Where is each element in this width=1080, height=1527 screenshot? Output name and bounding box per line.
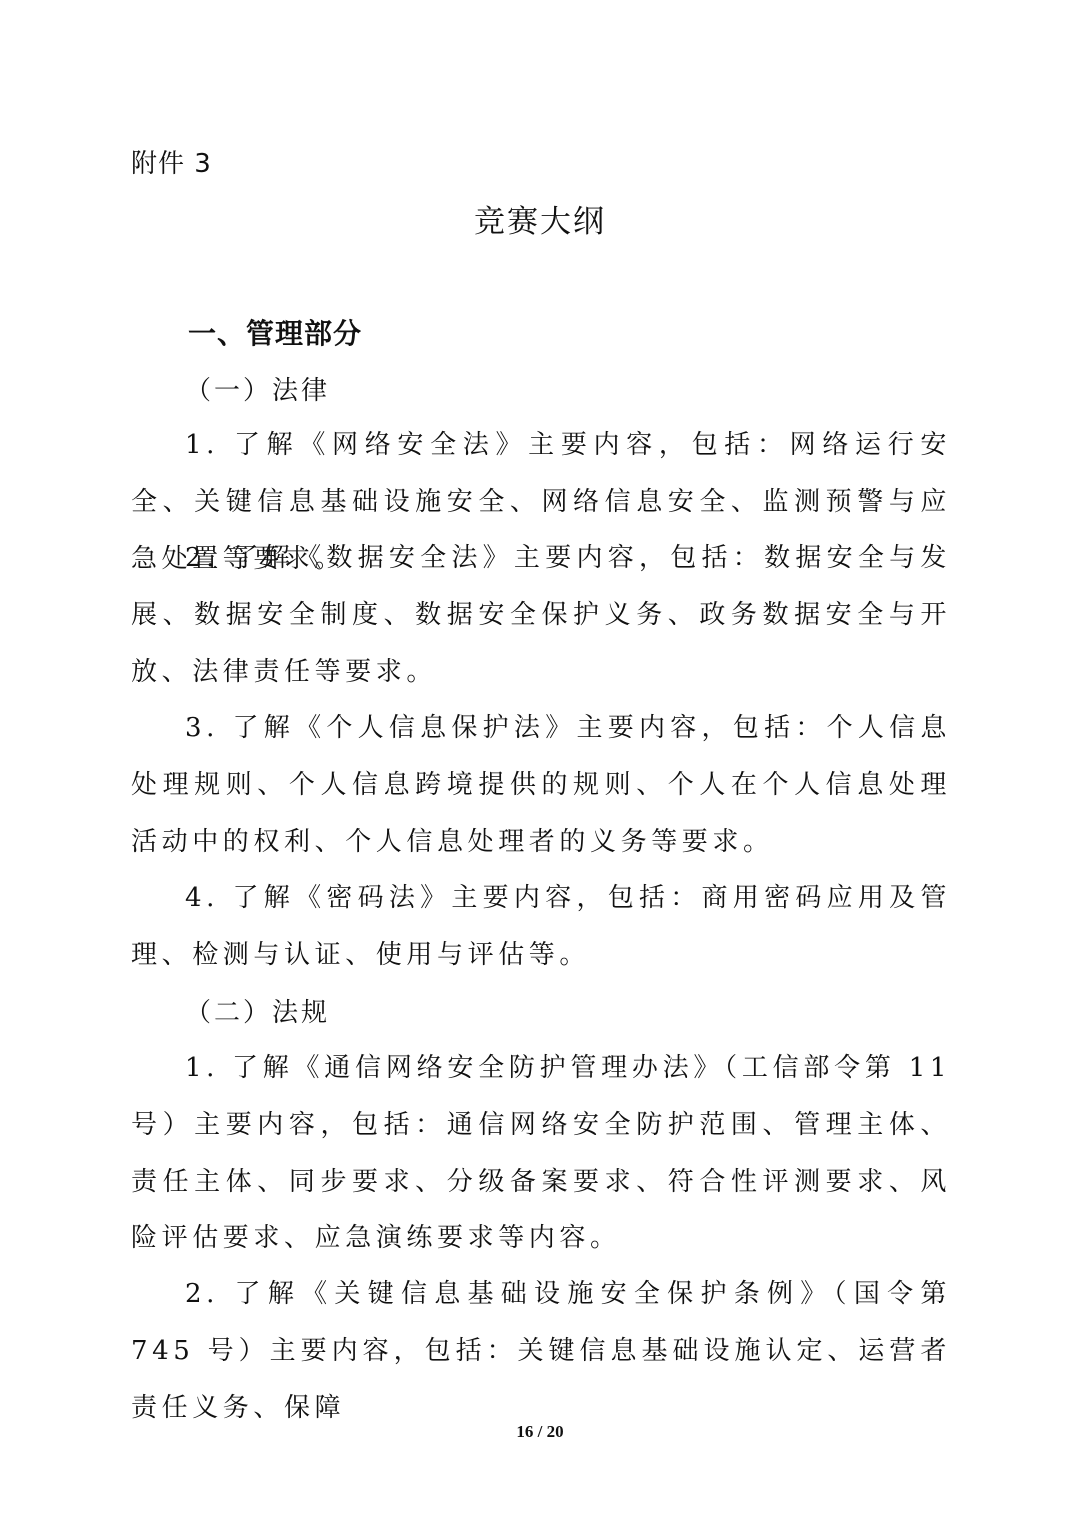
document-page: 附件 3 竞赛大纲 一、管理部分 （一）法律 1. 了解《网络安全法》主要内容，… — [0, 0, 1080, 1527]
page-number: 16 / 20 — [0, 1422, 1080, 1442]
regulation-item-2: 2. 了解《关键信息基础设施安全保护条例》（国令第 745 号）主要内容，包括：… — [131, 1266, 951, 1436]
subsection-heading-regulation: （二）法规 — [185, 992, 330, 1029]
regulation-item-1: 1. 了解《通信网络安全防护管理办法》（工信部令第 11 号）主要内容，包括：通… — [131, 1040, 951, 1267]
law-item-4: 4. 了解《密码法》主要内容，包括：商用密码应用及管理、检测与认证、使用与评估等… — [131, 870, 951, 984]
law-item-3: 3. 了解《个人信息保护法》主要内容，包括：个人信息处理规则、个人信息跨境提供的… — [131, 700, 951, 870]
subsection-heading-law: （一）法律 — [185, 370, 330, 407]
section-heading-management: 一、管理部分 — [188, 312, 362, 352]
attachment-label: 附件 3 — [131, 143, 212, 180]
document-title: 竞赛大纲 — [0, 196, 1080, 241]
law-item-2: 2. 了解《数据安全法》主要内容，包括：数据安全与发展、数据安全制度、数据安全保… — [131, 530, 951, 700]
